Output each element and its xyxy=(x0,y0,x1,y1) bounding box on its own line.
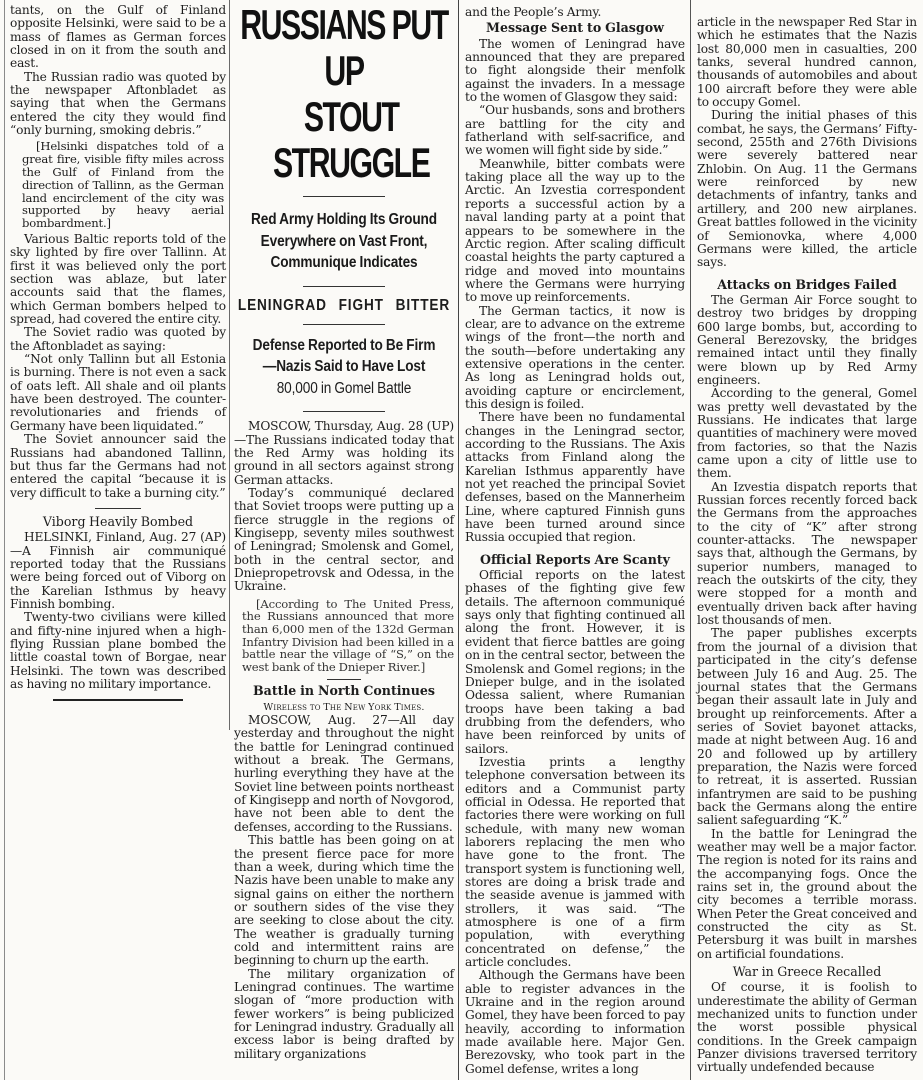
column-rule-3 xyxy=(690,0,691,1080)
headline-rule xyxy=(303,286,385,287)
headline-rule xyxy=(303,411,385,412)
paragraph: “Not only Tallinn but all Estonia is bur… xyxy=(10,353,226,433)
deck-headline-3: Defense Reported to Be Firm —Nazis Said … xyxy=(235,335,453,400)
paragraph: The Russian radio was quoted by the news… xyxy=(10,71,226,138)
headline-rule xyxy=(303,324,385,325)
paragraph: tants, on the Gulf of Finland opposite H… xyxy=(10,4,226,71)
deck-3-line-3: 80,000 in Gomel Battle xyxy=(235,378,453,400)
main-headline: RUSSIANS PUT UP STOUT STRUGGLE xyxy=(236,2,452,186)
paragraph: In the battle for Leningrad the weather … xyxy=(697,828,917,961)
subheading-glasgow: Message Sent to Glasgow xyxy=(465,21,685,34)
paragraph: Today’s communiqué declared that Soviet … xyxy=(234,487,454,594)
deck-headline-1: Red Army Holding Its Ground Everywhere o… xyxy=(235,209,453,274)
end-rule xyxy=(53,699,183,701)
column-rule-1 xyxy=(229,0,230,730)
subheading-viborg: Viborg Heavily Bombed xyxy=(10,515,226,528)
paragraph: article in the newspaper Red Star in whi… xyxy=(697,16,917,109)
paragraph: Although the Germans have been able to r… xyxy=(465,969,685,1076)
paragraph: “Our husbands, sons and brothers are bat… xyxy=(465,104,685,157)
paragraph: Izvestia prints a lengthy telephone conv… xyxy=(465,756,685,970)
subheading-greece: War in Greece Recalled xyxy=(697,965,917,978)
deck-3-line-1: Defense Reported to Be Firm xyxy=(235,335,453,357)
column-2-headline: RUSSIANS PUT UP STOUT STRUGGLE Red Army … xyxy=(234,2,454,1061)
paragraph: This battle has been going on at the pre… xyxy=(234,834,454,967)
paragraph: The Soviet radio was quoted by the Afton… xyxy=(10,326,226,353)
dateline-paragraph: HELSINKI, Finland, Aug. 27 (AP) —A Finni… xyxy=(10,531,226,611)
section-rule xyxy=(95,508,141,509)
wire-credit: Wireless to The New York Times. xyxy=(234,701,454,714)
headline-line-2: STOUT STRUGGLE xyxy=(236,94,452,186)
section-rule xyxy=(327,679,361,680)
bracketed-paragraph: [Helsinki dispatches told of a great fir… xyxy=(22,140,224,230)
column-4: article in the newspaper Red Star in whi… xyxy=(697,16,917,1075)
dateline-paragraph: MOSCOW, Aug. 27—All day yesterday and th… xyxy=(234,714,454,834)
paragraph: Of course, it is foolish to underestimat… xyxy=(697,981,917,1074)
subheading-official-reports: Official Reports Are Scanty xyxy=(465,553,685,566)
paragraph: The German tactics, it now is clear, are… xyxy=(465,305,685,412)
deck-3-line-2: —Nazis Said to Have Lost xyxy=(235,356,453,378)
paragraph: According to the general, Gomel was pret… xyxy=(697,387,917,480)
paragraph: The German Air Force sought to destroy t… xyxy=(697,294,917,387)
paragraph: Various Baltic reports told of the sky l… xyxy=(10,233,226,326)
column-rule-2 xyxy=(458,0,459,1080)
paragraph: During the initial phases of this combat… xyxy=(697,109,917,269)
bracketed-paragraph: [According to The United Press, the Russ… xyxy=(242,598,454,674)
paragraph: Meanwhile, bitter combats were taking pl… xyxy=(465,158,685,305)
paragraph: The military organization of Leningrad c… xyxy=(234,968,454,1061)
headline-line-1: RUSSIANS PUT UP xyxy=(236,2,452,94)
column-rule-left xyxy=(4,0,5,1080)
column-3: and the People’s Army. Message Sent to G… xyxy=(465,6,685,1076)
paragraph: There have been no fundamental changes i… xyxy=(465,411,685,544)
paragraph: and the People’s Army. xyxy=(465,6,685,19)
paragraph: The Soviet announcer said the Russians h… xyxy=(10,433,226,500)
deck-headline-2: LENINGRAD FIGHT BITTER xyxy=(235,299,453,312)
column-1: tants, on the Gulf of Finland opposite H… xyxy=(10,4,226,701)
paragraph: An Izvestia dispatch reports that Russia… xyxy=(697,481,917,628)
dateline-paragraph: MOSCOW, Thursday, Aug. 28 (UP)—The Russi… xyxy=(234,420,454,487)
subheading-battle-north: Battle in North Continues xyxy=(234,684,454,697)
subheading-bridges: Attacks on Bridges Failed xyxy=(697,278,917,291)
paragraph: The paper publishes excerpts from the jo… xyxy=(697,627,917,827)
headline-rule xyxy=(303,196,385,197)
paragraph: Official reports on the latest phases of… xyxy=(465,569,685,756)
paragraph: Twenty-two civilians were killed and fif… xyxy=(10,611,226,691)
paragraph: The women of Leningrad have announced th… xyxy=(465,38,685,105)
